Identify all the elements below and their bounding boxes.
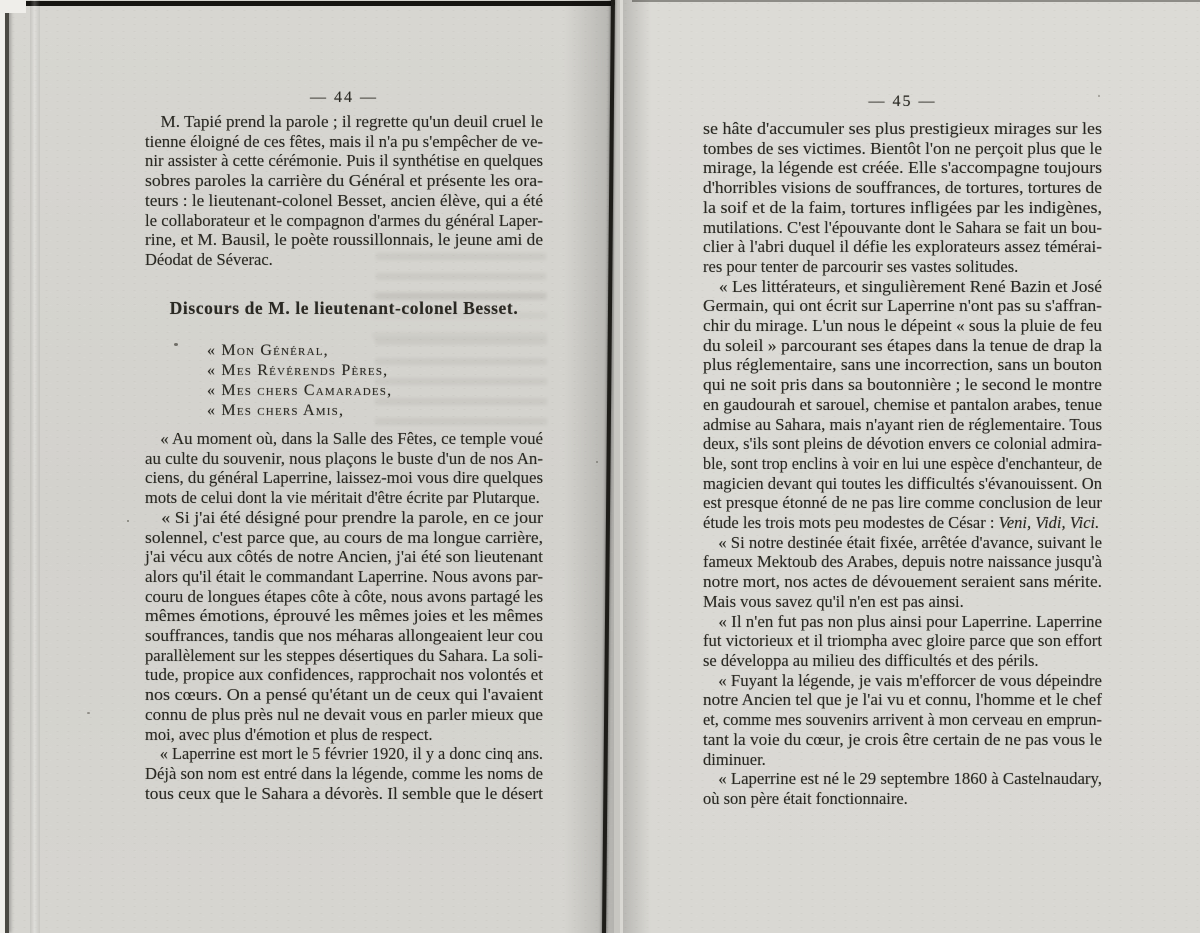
paragraph-lines: « Si notre destinée était fixée, arrêtée…	[703, 533, 1102, 612]
paragraph-lines: « Les littérateurs, et singulièrement Re…	[703, 277, 1102, 513]
text-line: mirage, la légende est créée. Elle s'acc…	[703, 158, 1102, 178]
text-line: d'horribles visions de souffrances, de t…	[703, 178, 1102, 198]
text-line: res pour tenter de parcourir ses vastes …	[703, 257, 1018, 277]
paragraph-lines: « Laperrine est mort le 5 février 1920, …	[145, 744, 543, 803]
paragraph-naissance: « Laperrine est né le 29 septembre 1860 …	[703, 769, 1102, 808]
text-line: tant la voie du cœur, je crois être cert…	[703, 730, 1102, 750]
speech-heading-text: Discours de M. le lieutenant-colonel Bes…	[170, 299, 519, 319]
text-line: où son père était fonctionnaire.	[703, 789, 908, 809]
text-line: « Mes chers Camarades,	[145, 381, 392, 401]
salutations: « Mon Général,« Mes Révérends Pères,« Me…	[145, 341, 543, 421]
text-line: « Mes Révérends Pères,	[145, 361, 388, 381]
text-line: « Fuyant la légende, je vais m'efforcer …	[703, 671, 1102, 691]
text-line: « Laperrine est mort le 5 février 1920, …	[145, 744, 543, 764]
dust-speck	[87, 712, 90, 714]
paragraph-lines: « Il n'en fut pas non plus ainsi pour La…	[703, 612, 1102, 671]
text-line: tombes de ses victimes. Bientôt l'on ne …	[703, 139, 1102, 159]
paragraph-lines: « Fuyant la légende, je vais m'efforcer …	[703, 671, 1102, 770]
text-line: couru de longues étapes côte à côte, nou…	[145, 587, 543, 607]
text-line: est presque étonné de ne pas lire comme …	[703, 493, 1102, 513]
page-crease	[30, 0, 40, 933]
paragraph-laperrine-mort: « Laperrine est mort le 5 février 1920, …	[145, 744, 543, 803]
text-line: Déodat de Séverac.	[145, 250, 273, 270]
text-line: moi, avec plus d'émotion et plus de resp…	[145, 725, 433, 745]
text-line: admise au Sahara, mais n'ayant rien de r…	[703, 415, 1102, 435]
text-line: ble, sont trop enclins à voir en lui une…	[703, 454, 1102, 474]
text-line: « Si j'ai été désigné pour prendre la pa…	[145, 508, 543, 528]
scan-corner	[0, 0, 26, 13]
speech-heading: Discours de M. le lieutenant-colonel Bes…	[145, 299, 543, 319]
text-line: rine, et M. Bausil, le poète roussillonn…	[145, 230, 543, 250]
right-page-text-column: — 45 — se hâte d'accumuler ses plus pres…	[703, 0, 1102, 933]
paragraph-tapie: M. Tapié prend la parole ; il regrette q…	[145, 112, 543, 270]
text-line: teurs : le lieutenant-colonel Besset, an…	[145, 191, 543, 211]
text-line: magicien devant qui toutes les difficult…	[703, 474, 1102, 494]
text-line: « Mes chers Amis,	[145, 401, 344, 421]
text-line: chir du mirage. L'un nous le dépeint « s…	[703, 316, 1102, 336]
book-scan-spread: { "colors": { "paper_left": "#d7d6d1", "…	[0, 0, 1200, 933]
text-line: j'ai vécu aux côtés de notre Ancien, j'a…	[145, 547, 543, 567]
text-line: nos cœurs. On a pensé qu'étant un de ceu…	[145, 685, 543, 705]
paragraph-fuyant-legende: « Fuyant la légende, je vais m'efforcer …	[703, 671, 1102, 770]
text-line: « Mon Général,	[145, 341, 329, 361]
line-italic-text: Veni, Vidi, Vici.	[999, 513, 1100, 532]
page-number-45: — 45 —	[703, 92, 1102, 112]
text-line: souffrances, tandis que nos méharas allo…	[145, 626, 543, 646]
text-line: tude, propice aux confidences, rapprocha…	[145, 665, 543, 685]
left-page-text-column: — 44 — M. Tapié prend la parole ; il reg…	[145, 0, 543, 933]
text-line: « Si notre destinée était fixée, arrêtée…	[703, 533, 1102, 553]
text-line: qui ne soit pris dans sa boutonnière ; l…	[703, 375, 1102, 395]
paragraph-line-veni-vidi-vici: étude les trois mots peu modestes de Cés…	[703, 513, 1099, 533]
text-line: fameux Mektoub des Arabes, depuis notre …	[703, 552, 1102, 572]
paragraph-lines: se hâte d'accumuler ses plus prestigieux…	[703, 119, 1102, 277]
text-line: connu de plus près nul ne devait vous en…	[145, 705, 543, 725]
text-line: fut victorieux et il triompha avec gloir…	[703, 631, 1102, 651]
dust-speck	[596, 461, 598, 463]
text-line: tous ceux que le Sahara a dévorès. Il se…	[145, 784, 543, 804]
text-line: clier à l'abri duquel il défie les explo…	[703, 237, 1102, 257]
dust-speck	[127, 520, 129, 522]
text-line: se hâte d'accumuler ses plus prestigieux…	[703, 119, 1102, 139]
text-line: « Laperrine est né le 29 septembre 1860 …	[703, 769, 1102, 789]
paragraph-destinee: « Si notre destinée était fixée, arrêtée…	[703, 533, 1102, 612]
text-line: alors qu'il était le commandant Laperrin…	[145, 567, 543, 587]
paragraph-litterateurs: « Les littérateurs, et singulièrement Re…	[703, 277, 1102, 533]
text-line: deux, s'ils sont pleins de dévotion enve…	[703, 434, 1102, 454]
text-line: la soif et de la faim, tortures infligée…	[703, 198, 1102, 218]
paragraph-lines: « Au moment où, dans la Salle des Fêtes,…	[145, 429, 543, 508]
text-line: tienne éloigné de ces fêtes, mais il n'a…	[145, 132, 543, 152]
text-line: diminuer.	[703, 750, 766, 770]
text-line: se développa au milieu des difficultés e…	[703, 651, 1039, 671]
page-number-44: — 44 —	[145, 88, 543, 108]
text-line: parallèlement sur les steppes désertique…	[145, 646, 543, 666]
text-line: le collaborateur et le compagnon d'armes…	[145, 211, 543, 231]
text-line: ciens, du général Laperrine, laissez-moi…	[145, 468, 543, 488]
page-left-edge-line	[5, 0, 9, 933]
text-line: nir assister à cette cérémonie. Puis il …	[145, 151, 543, 171]
text-line: et, comme mes souvenirs arrivent à mon c…	[703, 710, 1102, 730]
paragraph-il-nen-fut: « Il n'en fut pas non plus ainsi pour La…	[703, 612, 1102, 671]
text-line: notre Ancien tel que je l'ai vu et connu…	[703, 690, 1102, 710]
text-line: sobres paroles la carrière du Général et…	[145, 171, 543, 191]
text-line: Déjà son nom est entré dans la légende, …	[145, 764, 543, 784]
paragraph-lines: « Si j'ai été désigné pour prendre la pa…	[145, 508, 543, 744]
text-line: mêmes émotions, éprouvé les mêmes joies …	[145, 606, 543, 626]
text-line: Mais vous savez qu'il n'en est pas ainsi…	[703, 592, 964, 612]
text-line: au culte du souvenir, nous plaçons le bu…	[145, 449, 543, 469]
text-line: M. Tapié prend la parole ; il regrette q…	[145, 112, 543, 132]
left-body-flow: « Au moment où, dans la Salle des Fêtes,…	[145, 429, 543, 803]
text-line: notre mort, nos actes de dévouement sera…	[703, 572, 1102, 592]
paragraph-au-moment: « Au moment où, dans la Salle des Fêtes,…	[145, 429, 543, 508]
text-line: Germain, qui ont écrit sur Laperrine n'o…	[703, 296, 1102, 316]
text-line: « Les littérateurs, et singulièrement Re…	[703, 277, 1102, 297]
text-line: plus réglementaire, sans une incorrectio…	[703, 355, 1102, 375]
text-line: « Au moment où, dans la Salle des Fêtes,…	[145, 429, 543, 449]
text-line: en gaudourah et sarouel, chemise et pant…	[703, 395, 1102, 415]
text-line: mots de celui dont la vie méritait d'êtr…	[145, 488, 540, 508]
text-line: du soleil » parcourant ses étapes dans l…	[703, 336, 1102, 356]
text-line: solennel, c'est parce que, au cours de m…	[145, 528, 543, 548]
paragraph-lines: M. Tapié prend la parole ; il regrette q…	[145, 112, 543, 270]
text-line: « Il n'en fut pas non plus ainsi pour La…	[703, 612, 1102, 632]
gutter-shadow-right	[623, 0, 651, 933]
line-roman-text: étude les trois mots peu modestes de Cés…	[703, 513, 999, 532]
paragraph-lines: « Laperrine est né le 29 septembre 1860 …	[703, 769, 1102, 808]
text-line: mutilations. C'est l'épouvante dont le S…	[703, 218, 1102, 238]
paragraph-se-hate: se hâte d'accumuler ses plus prestigieux…	[703, 119, 1102, 277]
salutation-lines: « Mon Général,« Mes Révérends Pères,« Me…	[145, 341, 543, 421]
paragraph-si-jai-ete: « Si j'ai été désigné pour prendre la pa…	[145, 508, 543, 744]
right-body-flow: se hâte d'accumuler ses plus prestigieux…	[703, 119, 1102, 809]
